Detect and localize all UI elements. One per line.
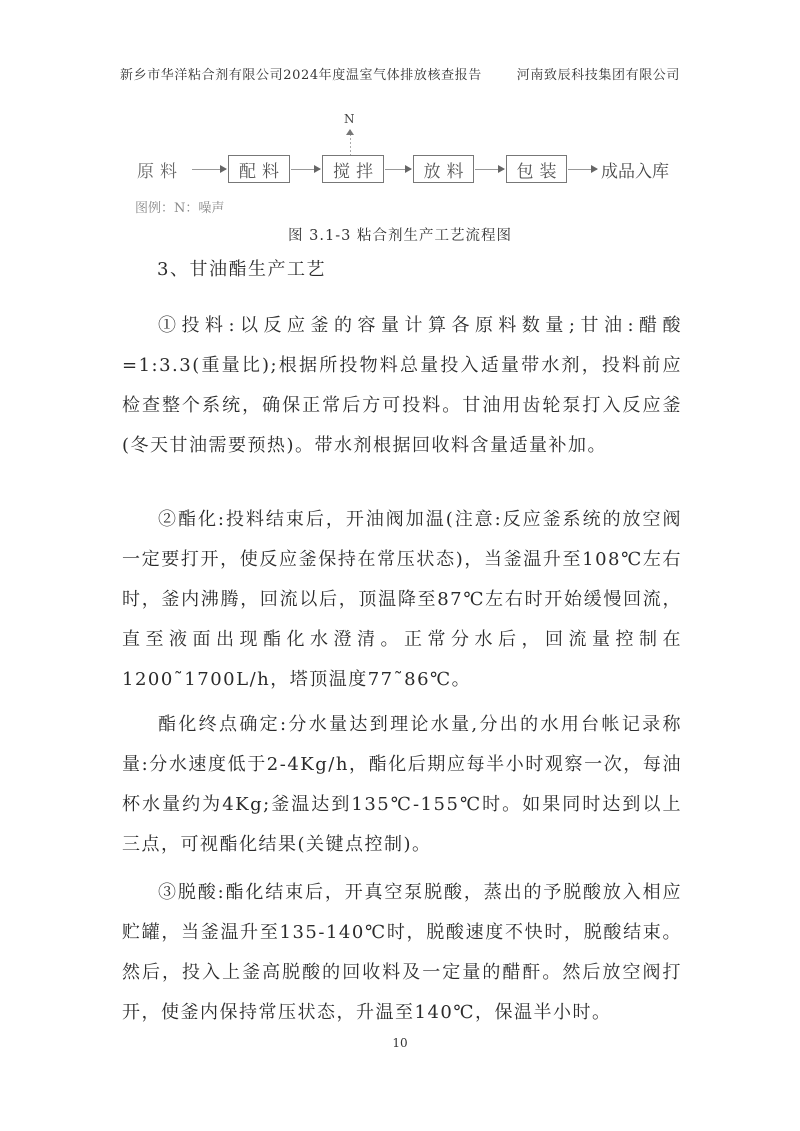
process-flow-diagram: 原料 配料 搅拌 放料 包装 成品入库 N 图例：N：噪声 [0, 0, 800, 230]
section-heading: 3、甘油酯生产工艺 [157, 255, 326, 281]
paragraph-feeding: ①投料:以反应釜的容量计算各原料数量;甘油:醋酸=1:3.3(重量比);根据所投… [122, 306, 682, 466]
flow-step-box: 配料 [228, 155, 290, 183]
page-number: 10 [0, 1036, 800, 1050]
diagram-legend: 图例：N：噪声 [135, 197, 224, 216]
noise-emission-label: N [344, 112, 355, 126]
flow-arrow-icon [568, 169, 597, 170]
flow-end-node: 成品入库 [601, 157, 669, 182]
flow-step-box: 包装 [506, 155, 567, 183]
flow-start-node: 原料 [137, 157, 183, 182]
paragraph-endpoint: 酯化终点确定:分水量达到理论水量,分出的水用台帐记录称量:分水速度低于2-4Kg… [122, 705, 682, 865]
flow-arrow-icon [291, 169, 320, 170]
flow-step-box: 放料 [413, 155, 474, 183]
emission-arrow-icon [346, 129, 354, 135]
flow-arrow-icon [192, 169, 226, 170]
flow-step-box: 搅拌 [322, 155, 384, 183]
flow-arrow-icon [385, 169, 411, 170]
paragraph-text: 酯化终点确定:分水量达到理论水量,分出的水用台帐记录称量:分水速度低于2-4Kg… [122, 705, 682, 865]
paragraph-text: ②酯化:投料结束后，开油阀加温(注意:反应釜系统的放空阀一定要打开，使反应釜保持… [122, 500, 682, 700]
flow-arrow-icon [475, 169, 504, 170]
paragraph-deacidification: ③脱酸:酯化结束后，开真空泵脱酸，蒸出的予脱酸放入相应贮罐，当釜温升至135-1… [122, 873, 682, 1033]
paragraph-text: ①投料:以反应釜的容量计算各原料数量;甘油:醋酸=1:3.3(重量比);根据所投… [122, 306, 682, 466]
paragraph-esterification: ②酯化:投料结束后，开油阀加温(注意:反应釜系统的放空阀一定要打开，使反应釜保持… [122, 500, 682, 700]
figure-caption: 图 3.1-3 粘合剂生产工艺流程图 [0, 224, 800, 245]
paragraph-text: ③脱酸:酯化结束后，开真空泵脱酸，蒸出的予脱酸放入相应贮罐，当釜温升至135-1… [122, 873, 682, 1033]
